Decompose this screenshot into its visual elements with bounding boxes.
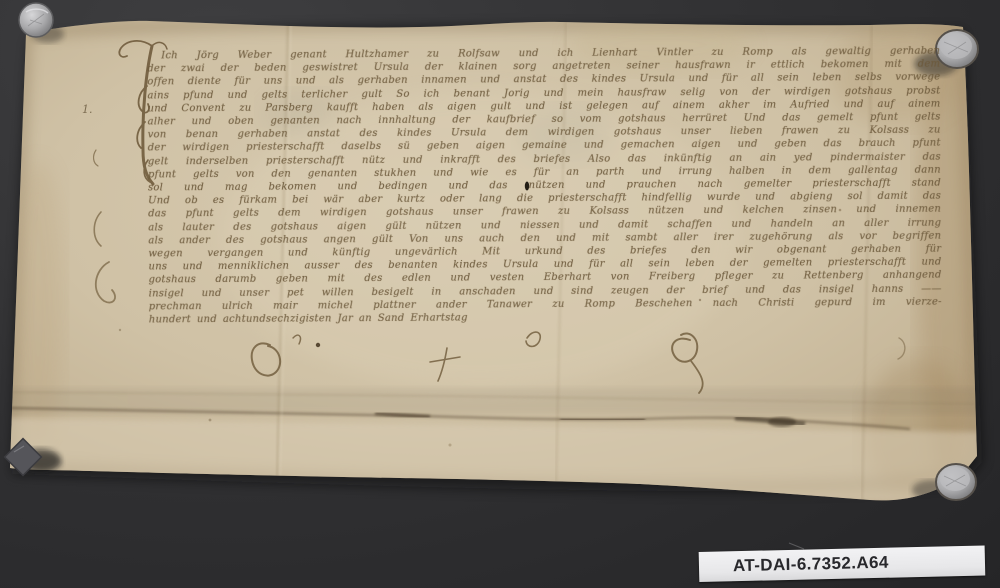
scratch-mark <box>789 543 804 549</box>
speck-5 <box>449 444 452 447</box>
plica-band <box>5 418 980 505</box>
pushpin-top-left <box>19 3 53 37</box>
crease-dirt-2 <box>560 419 645 420</box>
crease-dirt-blob <box>768 417 796 427</box>
manuscript-line: hundert und achtundsechzigisten Jar an S… <box>149 311 601 327</box>
pushpin-bottom-right <box>936 464 976 500</box>
manuscript-text-block: Ich Jörg Weber genant Hultzhamer zu Rolf… <box>147 45 942 327</box>
shelfmark-text: AT-DAI-6.7352.A64 <box>699 553 889 577</box>
speck-4 <box>119 329 121 331</box>
archival-number: 1. <box>82 103 93 116</box>
photo-of-parchment-charter: 1. Ich Jörg Weber genant Hultzhamer zu R… <box>0 0 1000 588</box>
pushpin-top-right <box>936 30 978 68</box>
speck-2 <box>209 419 212 422</box>
dark-spot <box>316 343 320 347</box>
